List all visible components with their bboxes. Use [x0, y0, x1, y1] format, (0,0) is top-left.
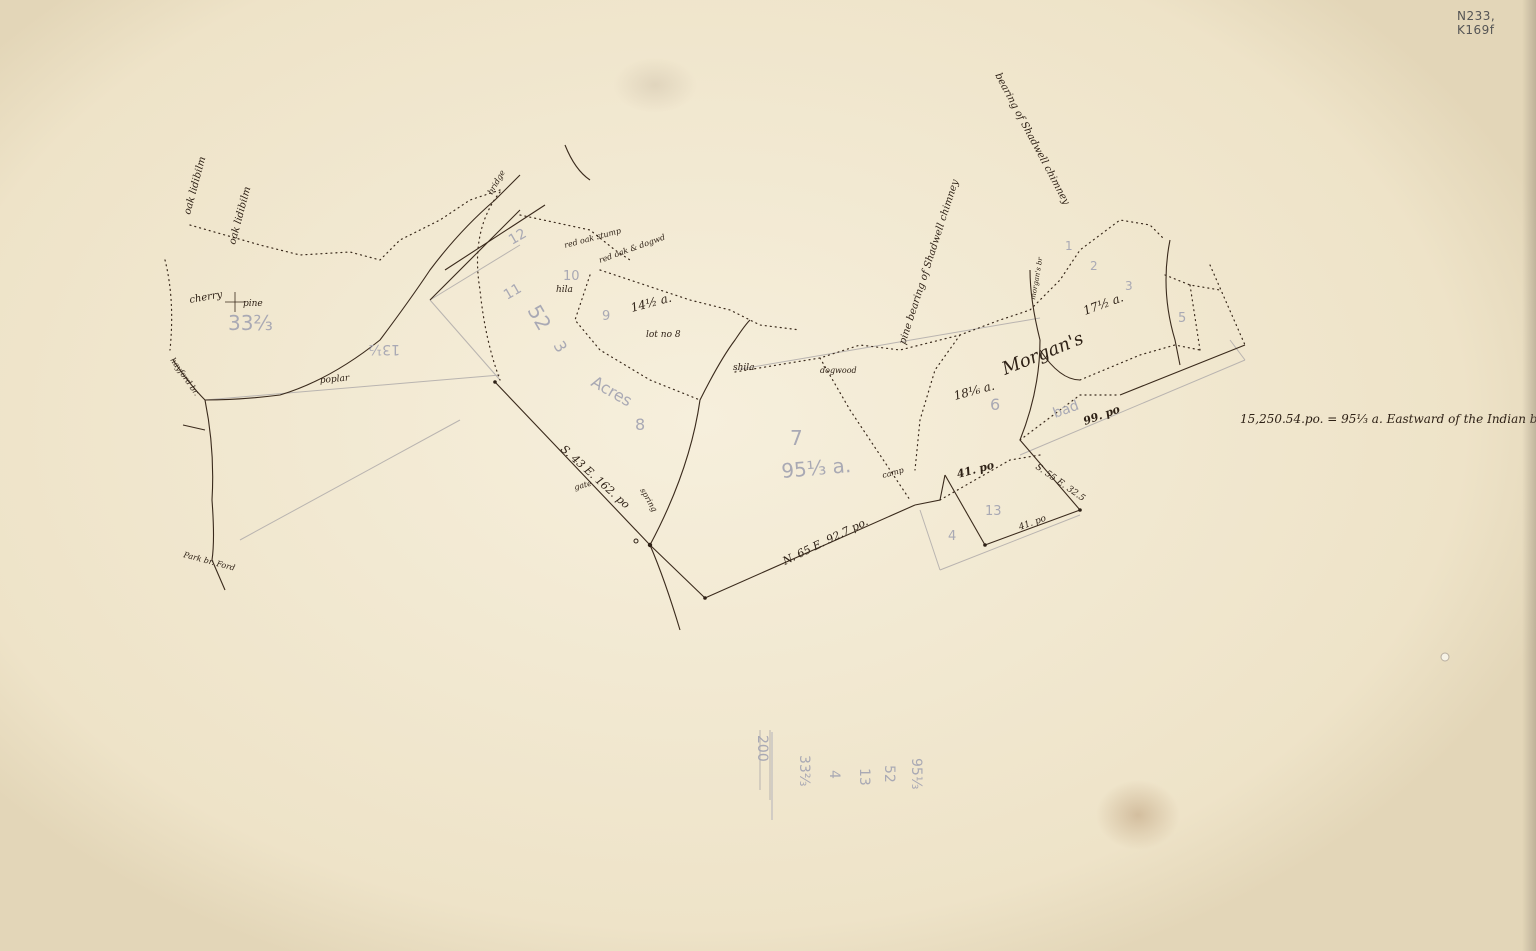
corner-marker: [983, 543, 987, 547]
corner-marker: [648, 543, 652, 547]
label-shadwell-bearing-2: bearing of Shadwell chimney: [992, 71, 1071, 207]
pencil-12: 12: [506, 226, 529, 249]
label-lot: lot no 8: [646, 330, 681, 340]
label-cherry: cherry: [189, 289, 224, 306]
pencil-4: 4: [948, 529, 956, 544]
tally-value-2: 4: [826, 770, 842, 779]
pencil-9: 9: [602, 309, 610, 324]
pencil-8: 8: [635, 415, 645, 434]
label-poplar: poplar: [319, 373, 350, 386]
tally-total: 200: [754, 735, 770, 762]
label-acres-14: 14½ a.: [629, 291, 673, 315]
ink-labels: oak lidibilm oak lidibilm cherry pine po…: [168, 71, 1125, 572]
label-hila: hila: [556, 285, 573, 295]
label-spring: spring: [638, 487, 659, 514]
label-park-ford: Park br. Ford: [182, 550, 237, 573]
label-acres-17: 17½ a.: [1081, 290, 1125, 317]
label-s55e: S. 55 E. 32.5: [1033, 462, 1087, 504]
pencil-3: 3: [550, 338, 572, 356]
pencil-3b: 3: [1125, 279, 1133, 293]
survey-map: oak lidibilm oak lidibilm cherry pine po…: [0, 0, 1536, 951]
tally-value-5: 95⅓: [908, 758, 924, 789]
pencil-11: 11: [501, 281, 524, 304]
label-dogwood: dogwood: [820, 366, 857, 375]
corner-marker: [634, 539, 638, 543]
corner-marker: [1078, 508, 1082, 512]
label-red-oak-stump: red oak stump: [563, 226, 622, 250]
label-camp: camp: [881, 466, 905, 480]
pencil-33: 33⅔: [228, 311, 273, 335]
corner-marker: [493, 380, 497, 384]
label-shadwell-bearing-1: pine bearing of Shadwell chimney: [897, 178, 961, 346]
pencil-5: 5: [1178, 311, 1186, 326]
label-bridge: bridge: [486, 168, 507, 196]
pencil-construction-lines: [205, 245, 1245, 800]
label-po-41b: 41. po: [1017, 514, 1049, 534]
label-shila: shila: [733, 363, 755, 373]
label-po-41a: 41. po: [955, 459, 995, 481]
label-bearing-n65e: N. 65 E. 92.7 po.: [780, 515, 871, 568]
pencil-13b: 13: [985, 504, 1002, 519]
corner-marker: [703, 596, 707, 600]
pencil-6: 6: [990, 395, 1000, 414]
pencil-13: 13½: [369, 341, 400, 357]
label-oak-2: oak lidibilm: [227, 185, 253, 245]
label-po-99: 99. po: [1082, 403, 1122, 428]
label-bearing-s43e: S. 43 E. 162. po: [558, 443, 633, 512]
pencil-95: 95⅓ a.: [780, 453, 852, 483]
label-oak-1: oak lidibilm: [182, 155, 208, 215]
pencil-bad: bad: [1051, 398, 1081, 422]
survey-plat-sheet: N233, K169f 15,250.54.po. = 95⅓ a. Eastw…: [0, 0, 1536, 951]
label-morgans-branch: morgan's br: [1029, 256, 1044, 300]
pencil-10: 10: [563, 269, 580, 284]
pine-tree-marker: [225, 292, 245, 312]
pencil-tally: 200 33⅔ 4 13 52 95⅓: [754, 732, 924, 820]
pencil-2: 2: [1090, 259, 1098, 273]
pencil-acres: Acres: [588, 372, 635, 410]
pencil-7: 7: [790, 426, 803, 450]
tally-value-4: 52: [881, 765, 897, 783]
tally-value-3: 13: [856, 768, 872, 786]
pencil-labels: 33⅔ 13½ 12 11 10 9 52 3 8 Acres 7 95⅓ a.…: [228, 226, 1186, 544]
paper-blemish: [1441, 653, 1449, 661]
label-morgans: Morgan's: [998, 328, 1086, 380]
label-pine: pine: [243, 299, 263, 309]
streams: [173, 145, 1180, 630]
label-hayford: hayford br.: [168, 356, 201, 397]
tally-value-1: 33⅔: [796, 755, 812, 786]
pencil-52: 52: [523, 301, 557, 335]
pencil-1: 1: [1065, 239, 1073, 253]
